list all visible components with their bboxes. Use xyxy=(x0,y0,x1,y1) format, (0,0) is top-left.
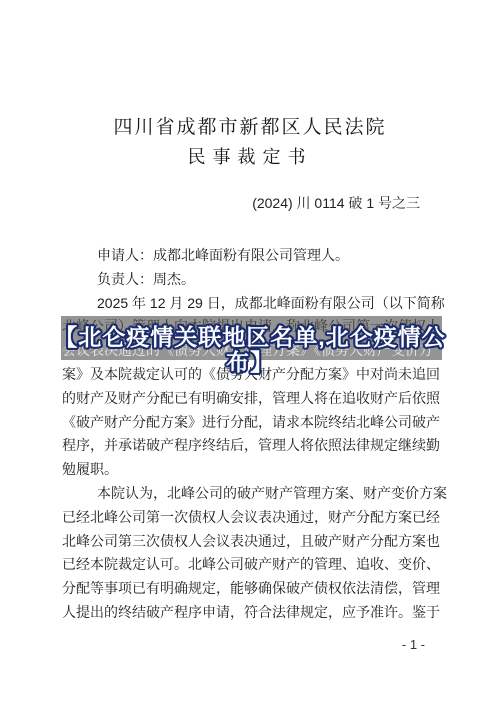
document-line: 的财产及财产分配已有明确安排，管理人将在追收财产后依照 xyxy=(62,387,442,411)
document-line: 人提出的终结破产程序申请，符合法律规定，应予准许。鉴于 xyxy=(62,601,442,625)
seo-caption-overlay: 【北仑疫情关联地区名单,北仑疫情公 布】 xyxy=(0,325,500,375)
document-line: 负责人：周杰。 xyxy=(62,268,442,292)
document-type-title: 民事裁定书 xyxy=(0,143,500,169)
document-page: 四川省成都市新都区人民法院 民事裁定书 (2024) 川 0114 破 1 号之… xyxy=(0,0,500,706)
document-line: 申请人：成都北峰面粉有限公司管理人。 xyxy=(62,244,442,268)
seo-caption-line2: 布】 xyxy=(0,350,500,375)
document-line: 已经北峰公司第一次债权人会议表决通过，财产分配方案已经 xyxy=(62,506,442,530)
case-number: (2024) 川 0114 破 1 号之三 xyxy=(0,193,500,213)
document-line: 《破产财产分配方案》进行分配，请求本院终结北峰公司破产 xyxy=(62,411,442,435)
document-line: 勉履职。 xyxy=(62,458,442,482)
document-line: 分配等事项已有明确规定，能够确保破产债权依法清偿，管理 xyxy=(62,577,442,601)
document-line: 已经本院裁定认可。北峰公司破产财产的管理、追收、变价、 xyxy=(62,553,442,577)
document-line: 2025 年 12 月 29 日，成都北峰面粉有限公司（以下简称 xyxy=(62,292,442,316)
document-line: 程序，并承诺破产程序终结后，管理人将依照法律规定继续勤 xyxy=(62,434,442,458)
document-line: 本院认为，北峰公司的破产财产管理方案、财产变价方案 xyxy=(62,482,442,506)
document-body: 申请人：成都北峰面粉有限公司管理人。负责人：周杰。2025 年 12 月 29 … xyxy=(62,244,442,625)
document-line: 北峰公司第三次债权人会议表决通过，且破产财产分配方案也 xyxy=(62,530,442,554)
court-name: 四川省成都市新都区人民法院 xyxy=(0,112,500,139)
seo-caption-line1: 【北仑疫情关联地区名单,北仑疫情公 xyxy=(0,325,500,350)
page-number: - 1 - xyxy=(402,637,425,652)
